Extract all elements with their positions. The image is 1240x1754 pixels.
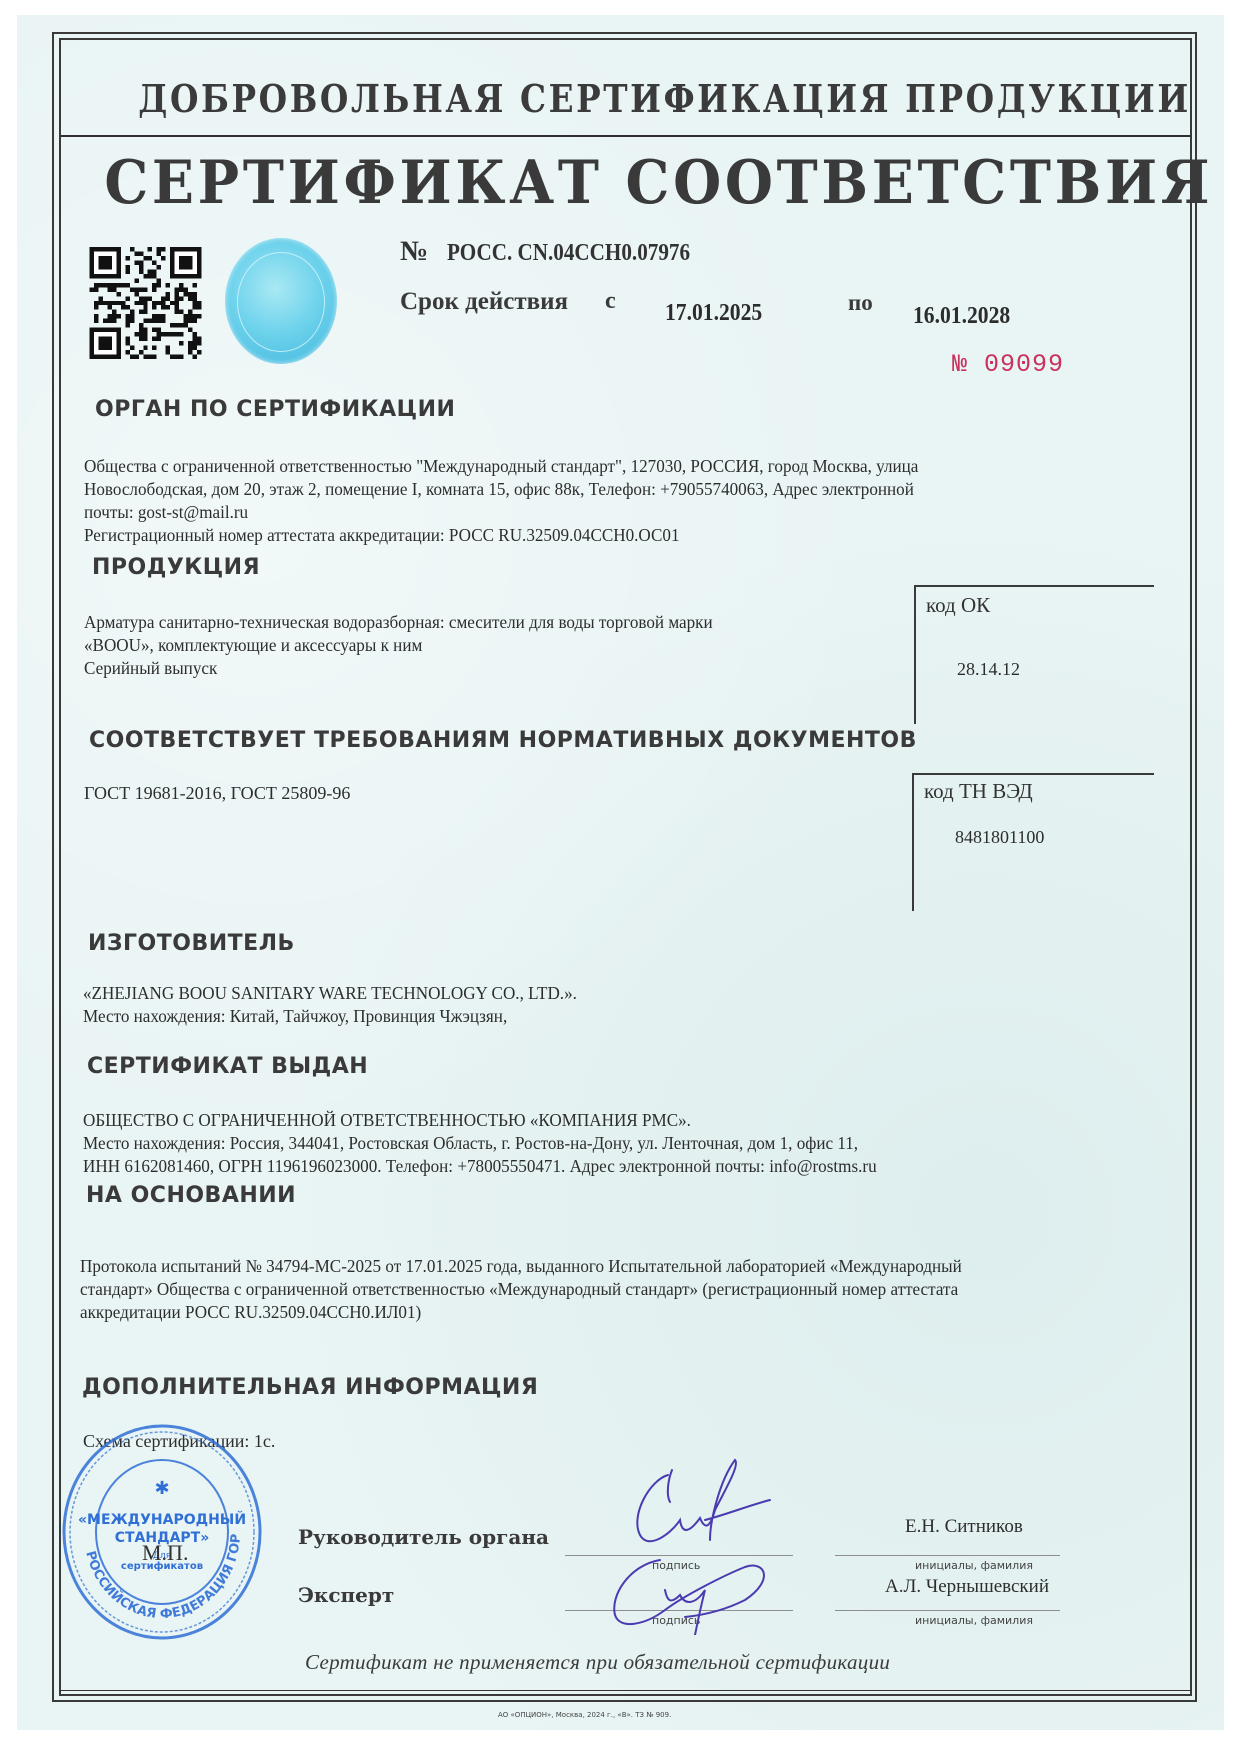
product-description: Арматура санитарно-техническая водоразбо… (84, 611, 713, 680)
certification-body-line: почты: gost-st@mail.ru (84, 501, 918, 524)
head-signature-icon (610, 1440, 790, 1565)
printer-imprint: АО «ОПЦИОН», Москва, 2024 г., «В». ТЗ № … (498, 1711, 671, 1719)
expert-name-line (835, 1610, 1060, 1611)
manufacturer-details: «ZHEJIANG BOOU SANITARY WARE TECHNOLOGY … (83, 982, 577, 1028)
seal-place-label: М.П. (142, 1540, 188, 1566)
manufacturer-name: «ZHEJIANG BOOU SANITARY WARE TECHNOLOGY … (83, 982, 577, 1005)
basis-line: аккредитации РОСС RU.32509.04ССН0.ИЛ01) (80, 1301, 962, 1324)
valid-from-date: 17.01.2025 (665, 300, 762, 327)
compliance-standards: ГОСТ 19681-2016, ГОСТ 25809-96 (84, 782, 350, 805)
tnved-code-box: код ТН ВЭД 8481801100 (912, 773, 1154, 911)
product-title: ПРОДУКЦИЯ (92, 555, 260, 580)
ok-code-value: 28.14.12 (957, 659, 1020, 680)
tnved-code-value: 8481801100 (955, 827, 1044, 848)
basis-details: Протокола испытаний № 34794-МС-2025 от 1… (80, 1255, 962, 1324)
certificate-number: РОСС. CN.04ССН0.07976 (447, 240, 690, 267)
qr-code-icon (89, 247, 202, 359)
ok-code-box: код ОК 28.14.12 (914, 585, 1154, 724)
expert-name-caption: инициалы, фамилия (915, 1614, 1033, 1627)
basis-line: стандарт» Общества с ограниченной ответс… (80, 1278, 962, 1301)
issued-to-title: СЕРТИФИКАТ ВЫДАН (87, 1054, 368, 1079)
round-stamp-icon: РОССИЙСКАЯ ФЕДЕРАЦИЯ ГОРОД МОСКВА «МЕЖДУ… (62, 1424, 262, 1640)
blank-serial-number: № 09099 (952, 350, 1064, 379)
certificate-title: СЕРТИФИКАТ СООТВЕТСТВИЯ (104, 148, 1146, 218)
expert-signature-icon (605, 1555, 785, 1640)
tnved-code-label: код ТН ВЭД (924, 779, 1033, 804)
basis-title: НА ОСНОВАНИИ (86, 1183, 296, 1208)
accreditation-number: Регистрационный номер аттестата аккредит… (84, 524, 918, 547)
head-name-caption: инициалы, фамилия (915, 1559, 1033, 1572)
product-line: Арматура санитарно-техническая водоразбо… (84, 611, 713, 634)
compliance-title: СООТВЕТСТВУЕТ ТРЕБОВАНИЯМ НОРМАТИВНЫХ ДО… (89, 728, 917, 753)
certificate-number-sign: № (400, 236, 428, 268)
validity-label: Срок действия (400, 288, 568, 316)
ok-code-label: код ОК (926, 593, 990, 618)
certification-body-line: Общества с ограниченной ответственностью… (84, 455, 918, 478)
validity-to-word: по (848, 290, 873, 316)
issued-to-details: ОБЩЕСТВО С ОГРАНИЧЕННОЙ ОТВЕТСТВЕННОСТЬЮ… (83, 1109, 877, 1178)
hologram-ring (237, 252, 325, 352)
manufacturer-title: ИЗГОТОВИТЕЛЬ (88, 931, 295, 956)
head-name: Е.Н. Ситников (905, 1516, 1023, 1538)
certification-body-line: Новослободская, дом 20, этаж 2, помещени… (84, 478, 918, 501)
product-line: «BOOU», комплектующие и аксессуары к ним (84, 634, 713, 657)
head-role-label: Руководитель органа (298, 1525, 549, 1549)
basis-line: Протокола испытаний № 34794-МС-2025 от 1… (80, 1255, 962, 1278)
footer-note: Сертификат не применяется при обязательн… (305, 1650, 890, 1675)
header-divider (61, 135, 1191, 137)
expert-name: А.Л. Чернышевский (885, 1576, 1049, 1598)
manufacturer-address: Место нахождения: Китай, Тайчжоу, Провин… (83, 1005, 577, 1028)
voluntary-certification-title: ДОБРОВОЛЬНАЯ СЕРТИФИКАЦИЯ ПРОДУКЦИИ (138, 76, 1112, 121)
expert-role-label: Эксперт (298, 1583, 394, 1607)
certification-body-title: ОРГАН ПО СЕРТИФИКАЦИИ (95, 397, 455, 422)
head-name-line (835, 1555, 1060, 1556)
validity-from-word: с (605, 288, 616, 315)
applicant-address: Место нахождения: Россия, 344041, Ростов… (83, 1132, 877, 1155)
valid-to-date: 16.01.2028 (913, 303, 1010, 330)
applicant-contacts: ИНН 6162081460, ОГРН 1196196023000. Теле… (83, 1155, 877, 1178)
certification-body-details: Общества с ограниченной ответственностью… (84, 455, 918, 547)
product-line: Серийный выпуск (84, 657, 713, 680)
footer-divider (59, 1690, 1192, 1691)
svg-text:«МЕЖДУНАРОДНЫЙ: «МЕЖДУНАРОДНЫЙ (78, 1511, 246, 1528)
additional-info-title: ДОПОЛНИТЕЛЬНАЯ ИНФОРМАЦИЯ (82, 1375, 538, 1400)
svg-text:✱: ✱ (154, 1478, 169, 1499)
applicant-name: ОБЩЕСТВО С ОГРАНИЧЕННОЙ ОТВЕТСТВЕННОСТЬЮ… (83, 1109, 877, 1132)
